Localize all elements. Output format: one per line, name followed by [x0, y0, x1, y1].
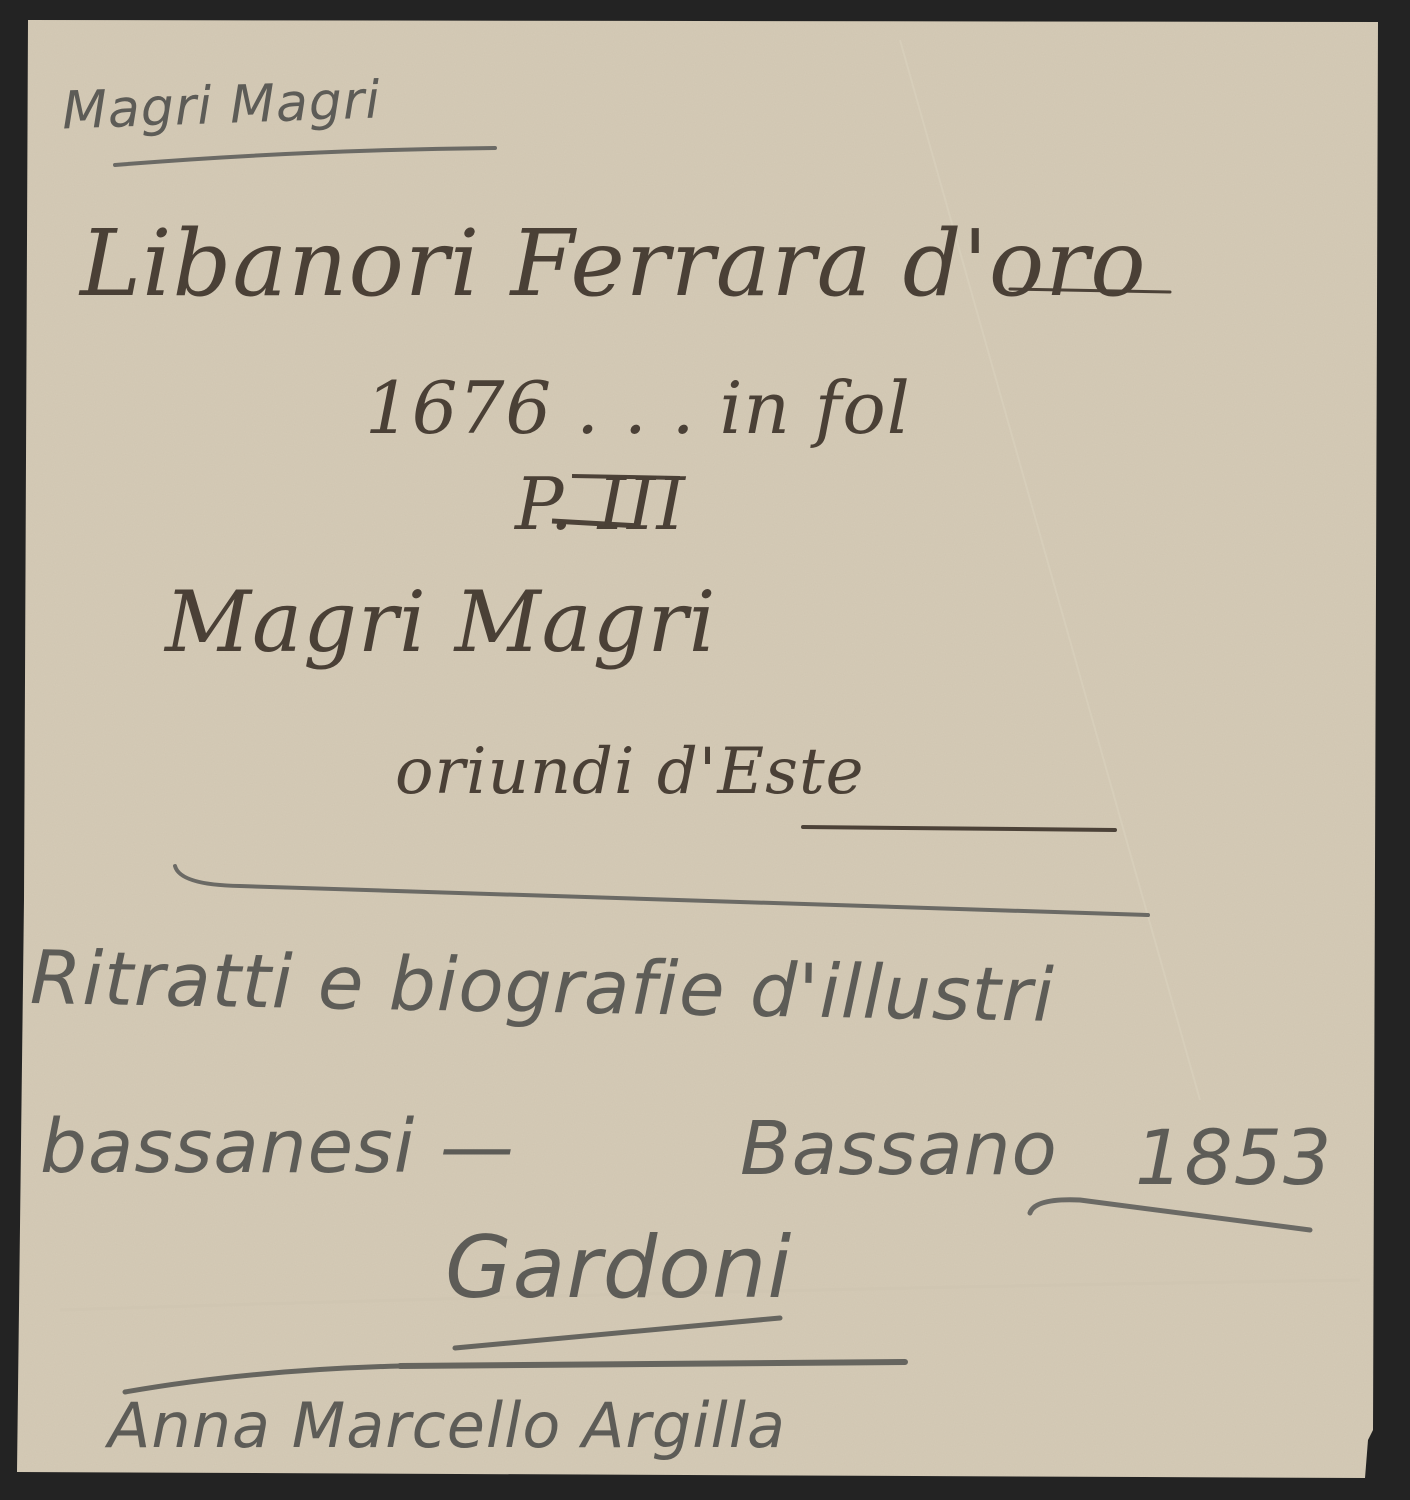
edition-text: 1676 . . . in fol [365, 372, 911, 444]
heading-text: Magri Magri [61, 74, 381, 137]
origin-text: oriundi d'Este [395, 740, 865, 804]
bottom-note: Anna Marcello Argilla [108, 1395, 786, 1457]
part-number-text: P. III [515, 468, 686, 540]
document-paper: Magri Magri Libanori Ferrara d'oro 1676 … [0, 0, 1410, 1500]
reference-line-2: bassanesi — [40, 1110, 515, 1184]
reference-author: Gardoni [445, 1225, 792, 1311]
family-name-text: Magri Magri [165, 580, 716, 664]
reference-year: 1853 [1135, 1120, 1332, 1196]
reference-line-1: Ritratti e biografie d'illustri [29, 941, 1055, 1033]
reference-place: Bassano [740, 1112, 1058, 1186]
title-text: Libanori Ferrara d'oro [80, 218, 1147, 310]
